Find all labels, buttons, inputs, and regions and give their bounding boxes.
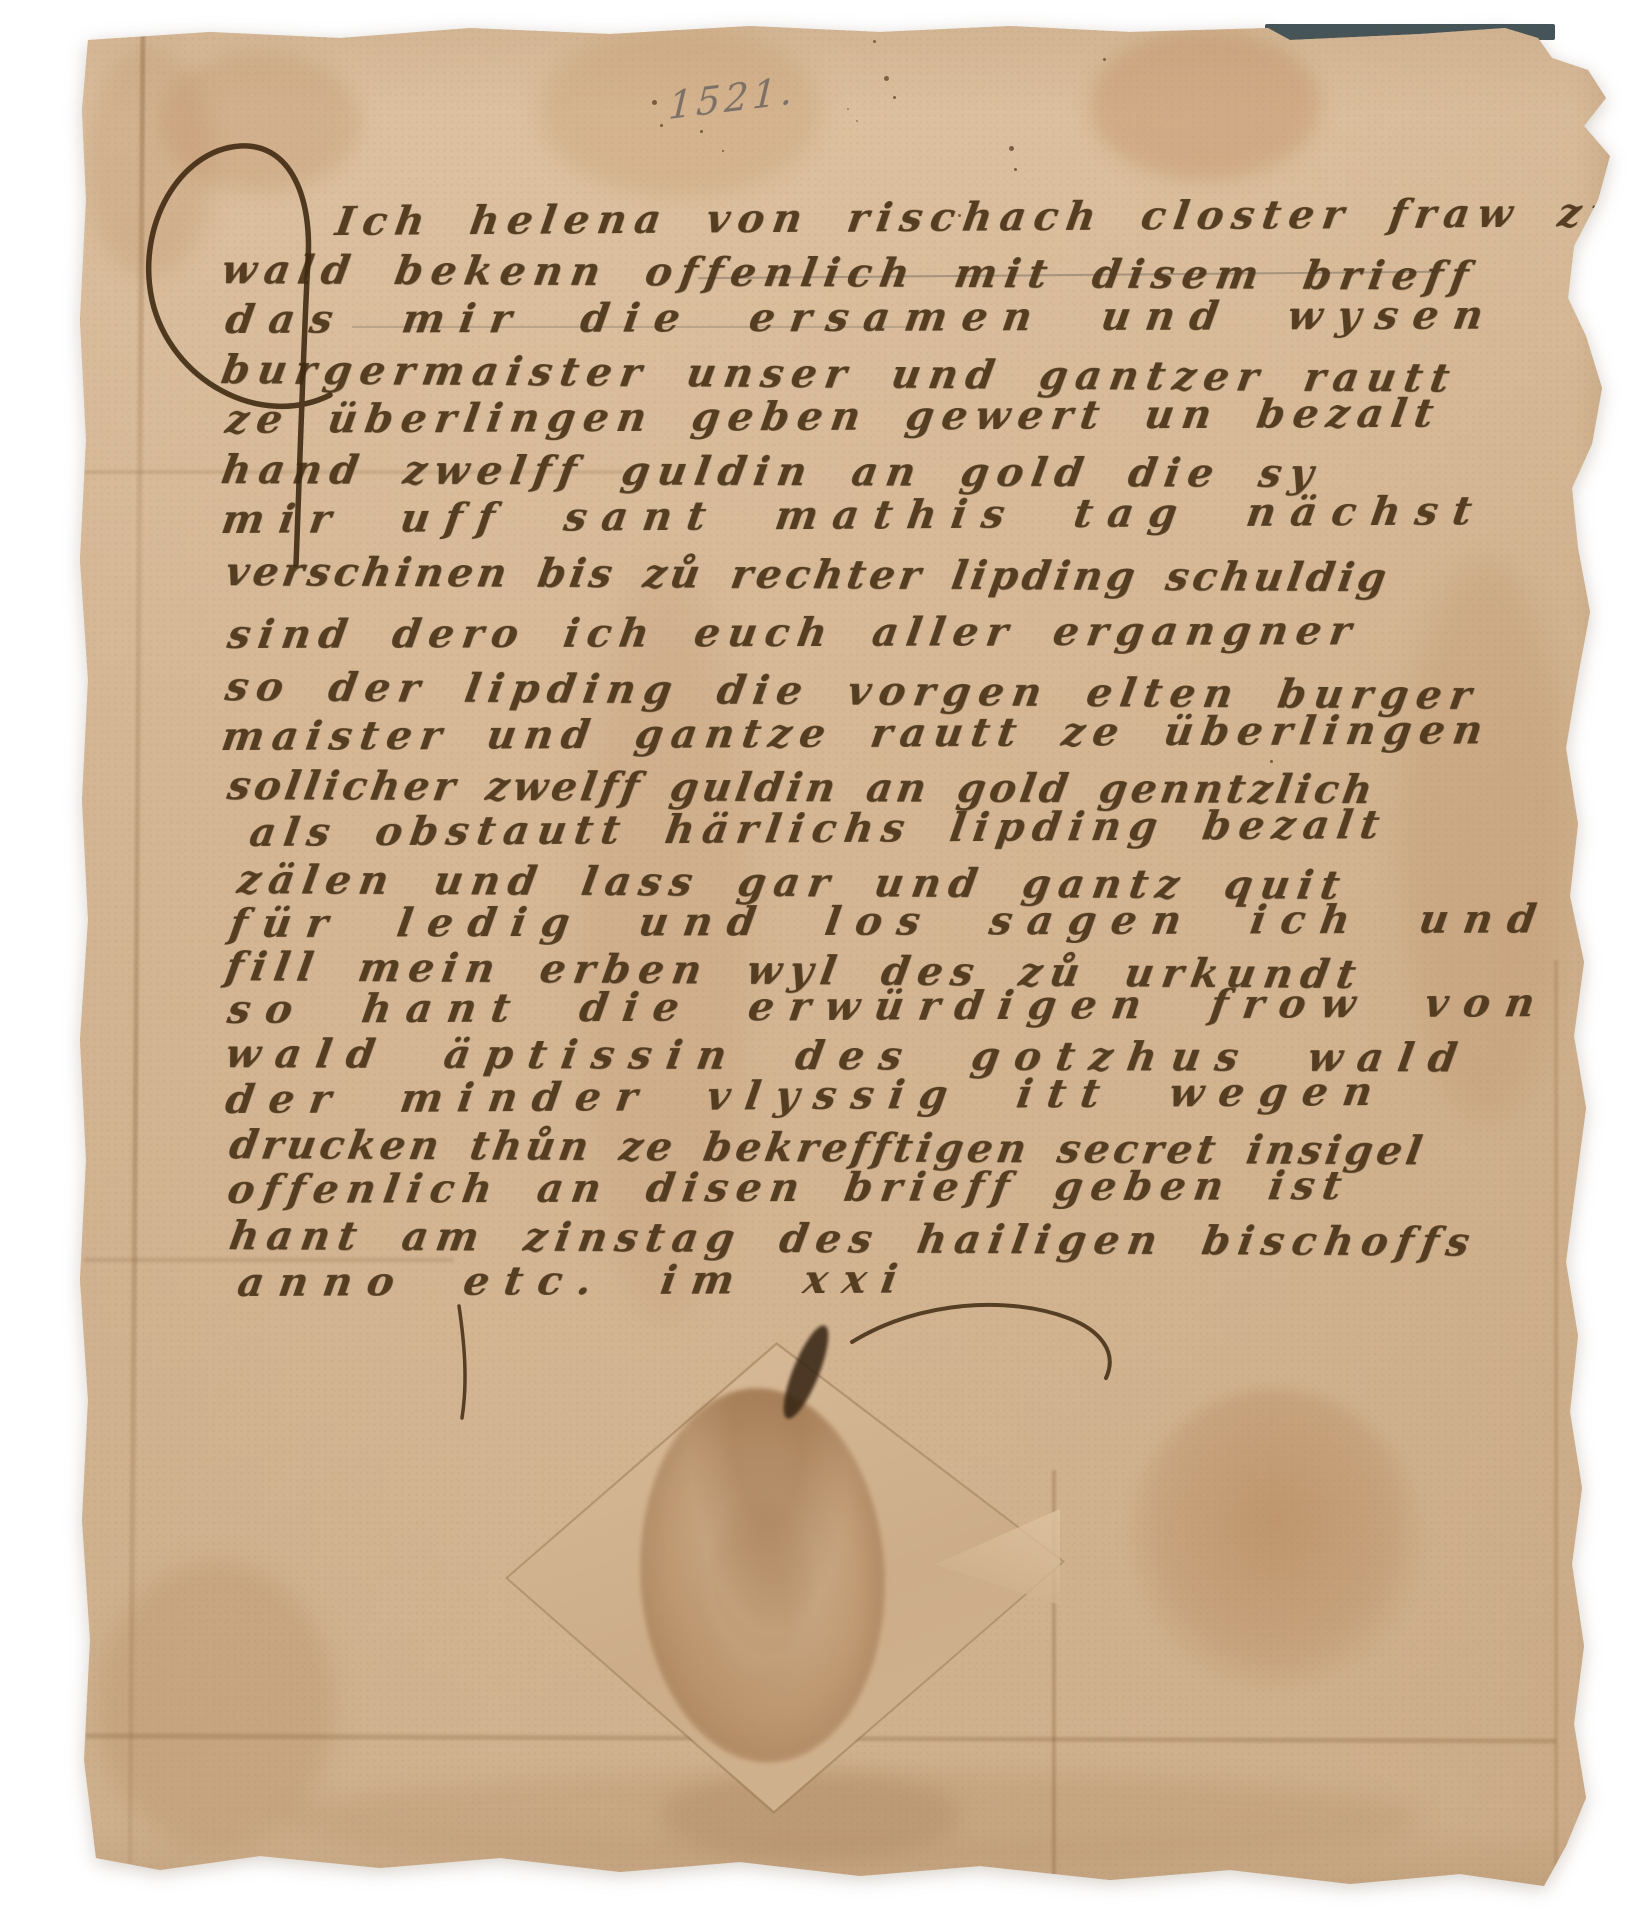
- manuscript-line: so hant die erwürdigen frow von: [224, 979, 1552, 1033]
- stain: [160, 52, 360, 192]
- fold-crease: [128, 26, 146, 1864]
- manuscript-line: für ledig und los sagen ich und: [226, 895, 1554, 947]
- manuscript-line: offenlich an disen brieff geben ist: [224, 1162, 1352, 1213]
- manuscript-line: mir uff sant mathis tag nächst: [218, 487, 1490, 543]
- closing-descender: [459, 1306, 465, 1418]
- manuscript-line: der minder vlyssig itt wegen: [222, 1068, 1390, 1123]
- manuscript-paper: 1521. Ich helena von rischach closter fr…: [0, 0, 1640, 1920]
- seal-offset-stain: [1128, 1388, 1420, 1688]
- date-annotation: 1521.: [667, 68, 797, 128]
- manuscript-line: ze überlingen geben gewert un bezalt: [222, 390, 1444, 443]
- manuscript-line: sind dero ich euch aller ergangner: [224, 607, 1362, 658]
- stain: [1090, 30, 1320, 180]
- manuscript-line: verschinen bis zů rechter lipding schuld…: [222, 548, 1393, 601]
- fold-crease: [1554, 960, 1558, 1870]
- manuscript-line: maister und gantze rautt ze überlingen: [218, 706, 1493, 760]
- manuscript-line: als obstautt härlichs lipding bezalt: [246, 801, 1390, 856]
- manuscript-photo: 1521. Ich helena von rischach closter fr…: [0, 0, 1640, 1920]
- stain: [96, 1560, 336, 1850]
- manuscript-line: Ich helena von rischach closter fraw zů: [332, 189, 1629, 245]
- stain: [84, 48, 214, 278]
- manuscript-line: anno etc. im xxi: [234, 1255, 915, 1306]
- paper-wrap: 1521. Ich helena von rischach closter fr…: [0, 0, 1640, 1920]
- manuscript-line: das mir die ersamen und wysen: [222, 292, 1501, 343]
